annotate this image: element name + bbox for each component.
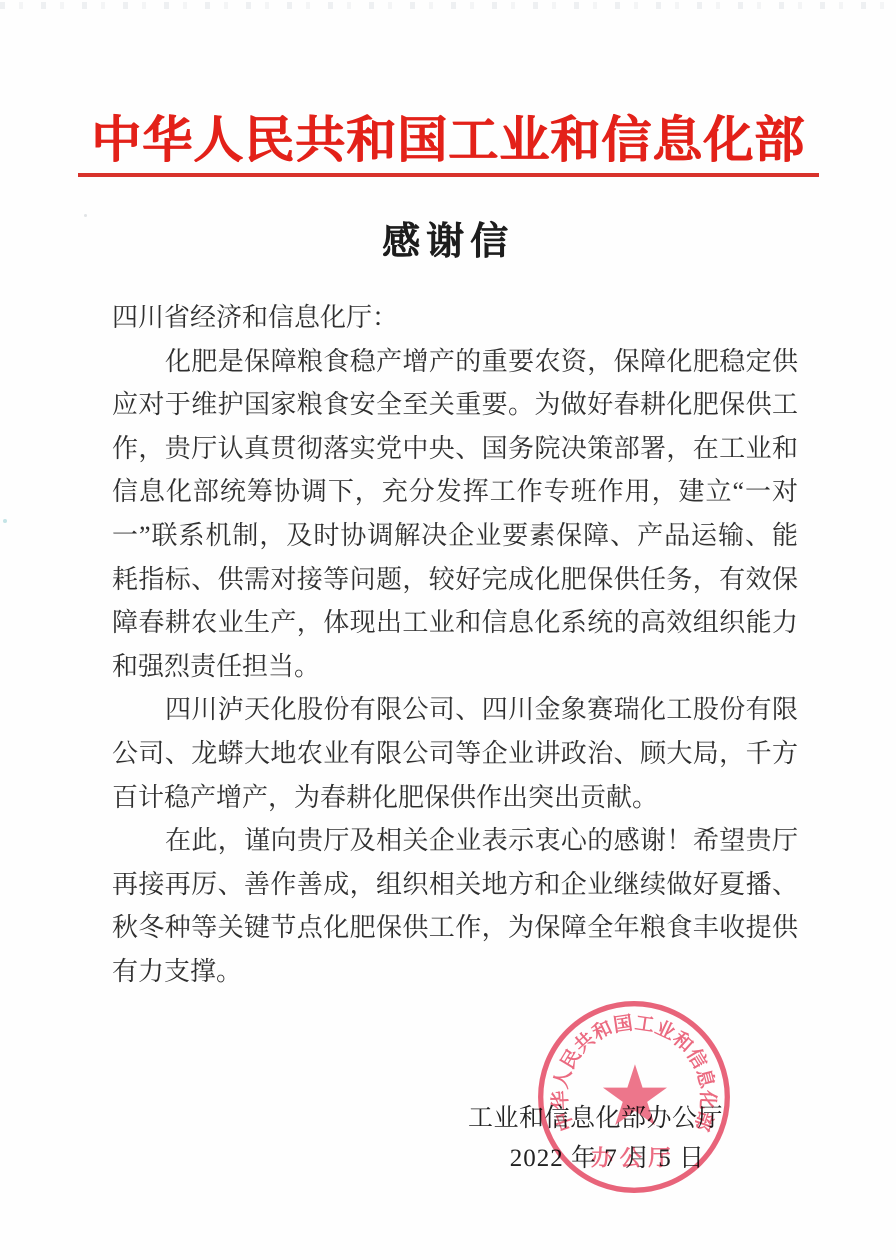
scan-noise-band xyxy=(0,2,896,9)
body-line: 公司、龙蟒大地农业有限公司等企业讲政治、顾大局，千方 xyxy=(112,732,798,776)
body-line: 化肥是保障粮食稳产增产的重要农资，保障化肥稳定供 xyxy=(112,340,798,384)
body-line: 在此，谨向贵厅及相关企业表示衷心的感谢！希望贵厅 xyxy=(112,819,798,863)
body-line: 和强烈责任担当。 xyxy=(112,645,798,689)
body-line: 作，贵厅认真贯彻落实党中央、国务院决策部署，在工业和 xyxy=(112,427,798,471)
body-line: 障春耕农业生产，体现出工业和信息化系统的高效组织能力 xyxy=(112,601,798,645)
body-line: 百计稳产增产，为春耕化肥保供作出突出贡献。 xyxy=(112,776,798,820)
body-line: 信息化部统筹协调下，充分发挥工作专班作用，建立“一对 xyxy=(112,470,798,514)
letterhead-title: 中华人民共和国工业和信息化部 xyxy=(0,100,896,172)
letterhead-rule xyxy=(78,173,819,177)
star-icon xyxy=(603,1064,667,1125)
official-seal: 中华人民共和国工业和信息化部 办公厅 xyxy=(533,996,735,1198)
salutation: 四川省经济和信息化厅： xyxy=(112,296,798,340)
body-line: 有力支撑。 xyxy=(112,950,798,994)
body-line: 秋冬种等关键节点化肥保供工作，为保障全年粮食丰收提供 xyxy=(112,906,798,950)
letter-title: 感谢信 xyxy=(0,210,896,265)
body-line: 一”联系机制，及时协调解决企业要素保障、产品运输、能 xyxy=(112,514,798,558)
scan-speck xyxy=(3,519,7,523)
body-line: 耗指标、供需对接等问题，较好完成化肥保供任务，有效保 xyxy=(112,558,798,602)
letter-body: 四川省经济和信息化厅： 化肥是保障粮食稳产增产的重要农资，保障化肥稳定供 应对于… xyxy=(112,296,798,994)
body-line: 再接再厉、善作善成，组织相关地方和企业继续做好夏播、 xyxy=(112,863,798,907)
official-seal-graphic: 中华人民共和国工业和信息化部 办公厅 xyxy=(533,996,735,1198)
body-line: 四川泸天化股份有限公司、四川金象赛瑞化工股份有限 xyxy=(112,688,798,732)
body-line: 应对于维护国家粮食安全至关重要。为做好春耕化肥保供工 xyxy=(112,383,798,427)
seal-bottom-text: 办公厅 xyxy=(591,1145,678,1170)
letter-page: 中华人民共和国工业和信息化部 感谢信 四川省经济和信息化厅： 化肥是保障粮食稳产… xyxy=(0,0,896,1260)
